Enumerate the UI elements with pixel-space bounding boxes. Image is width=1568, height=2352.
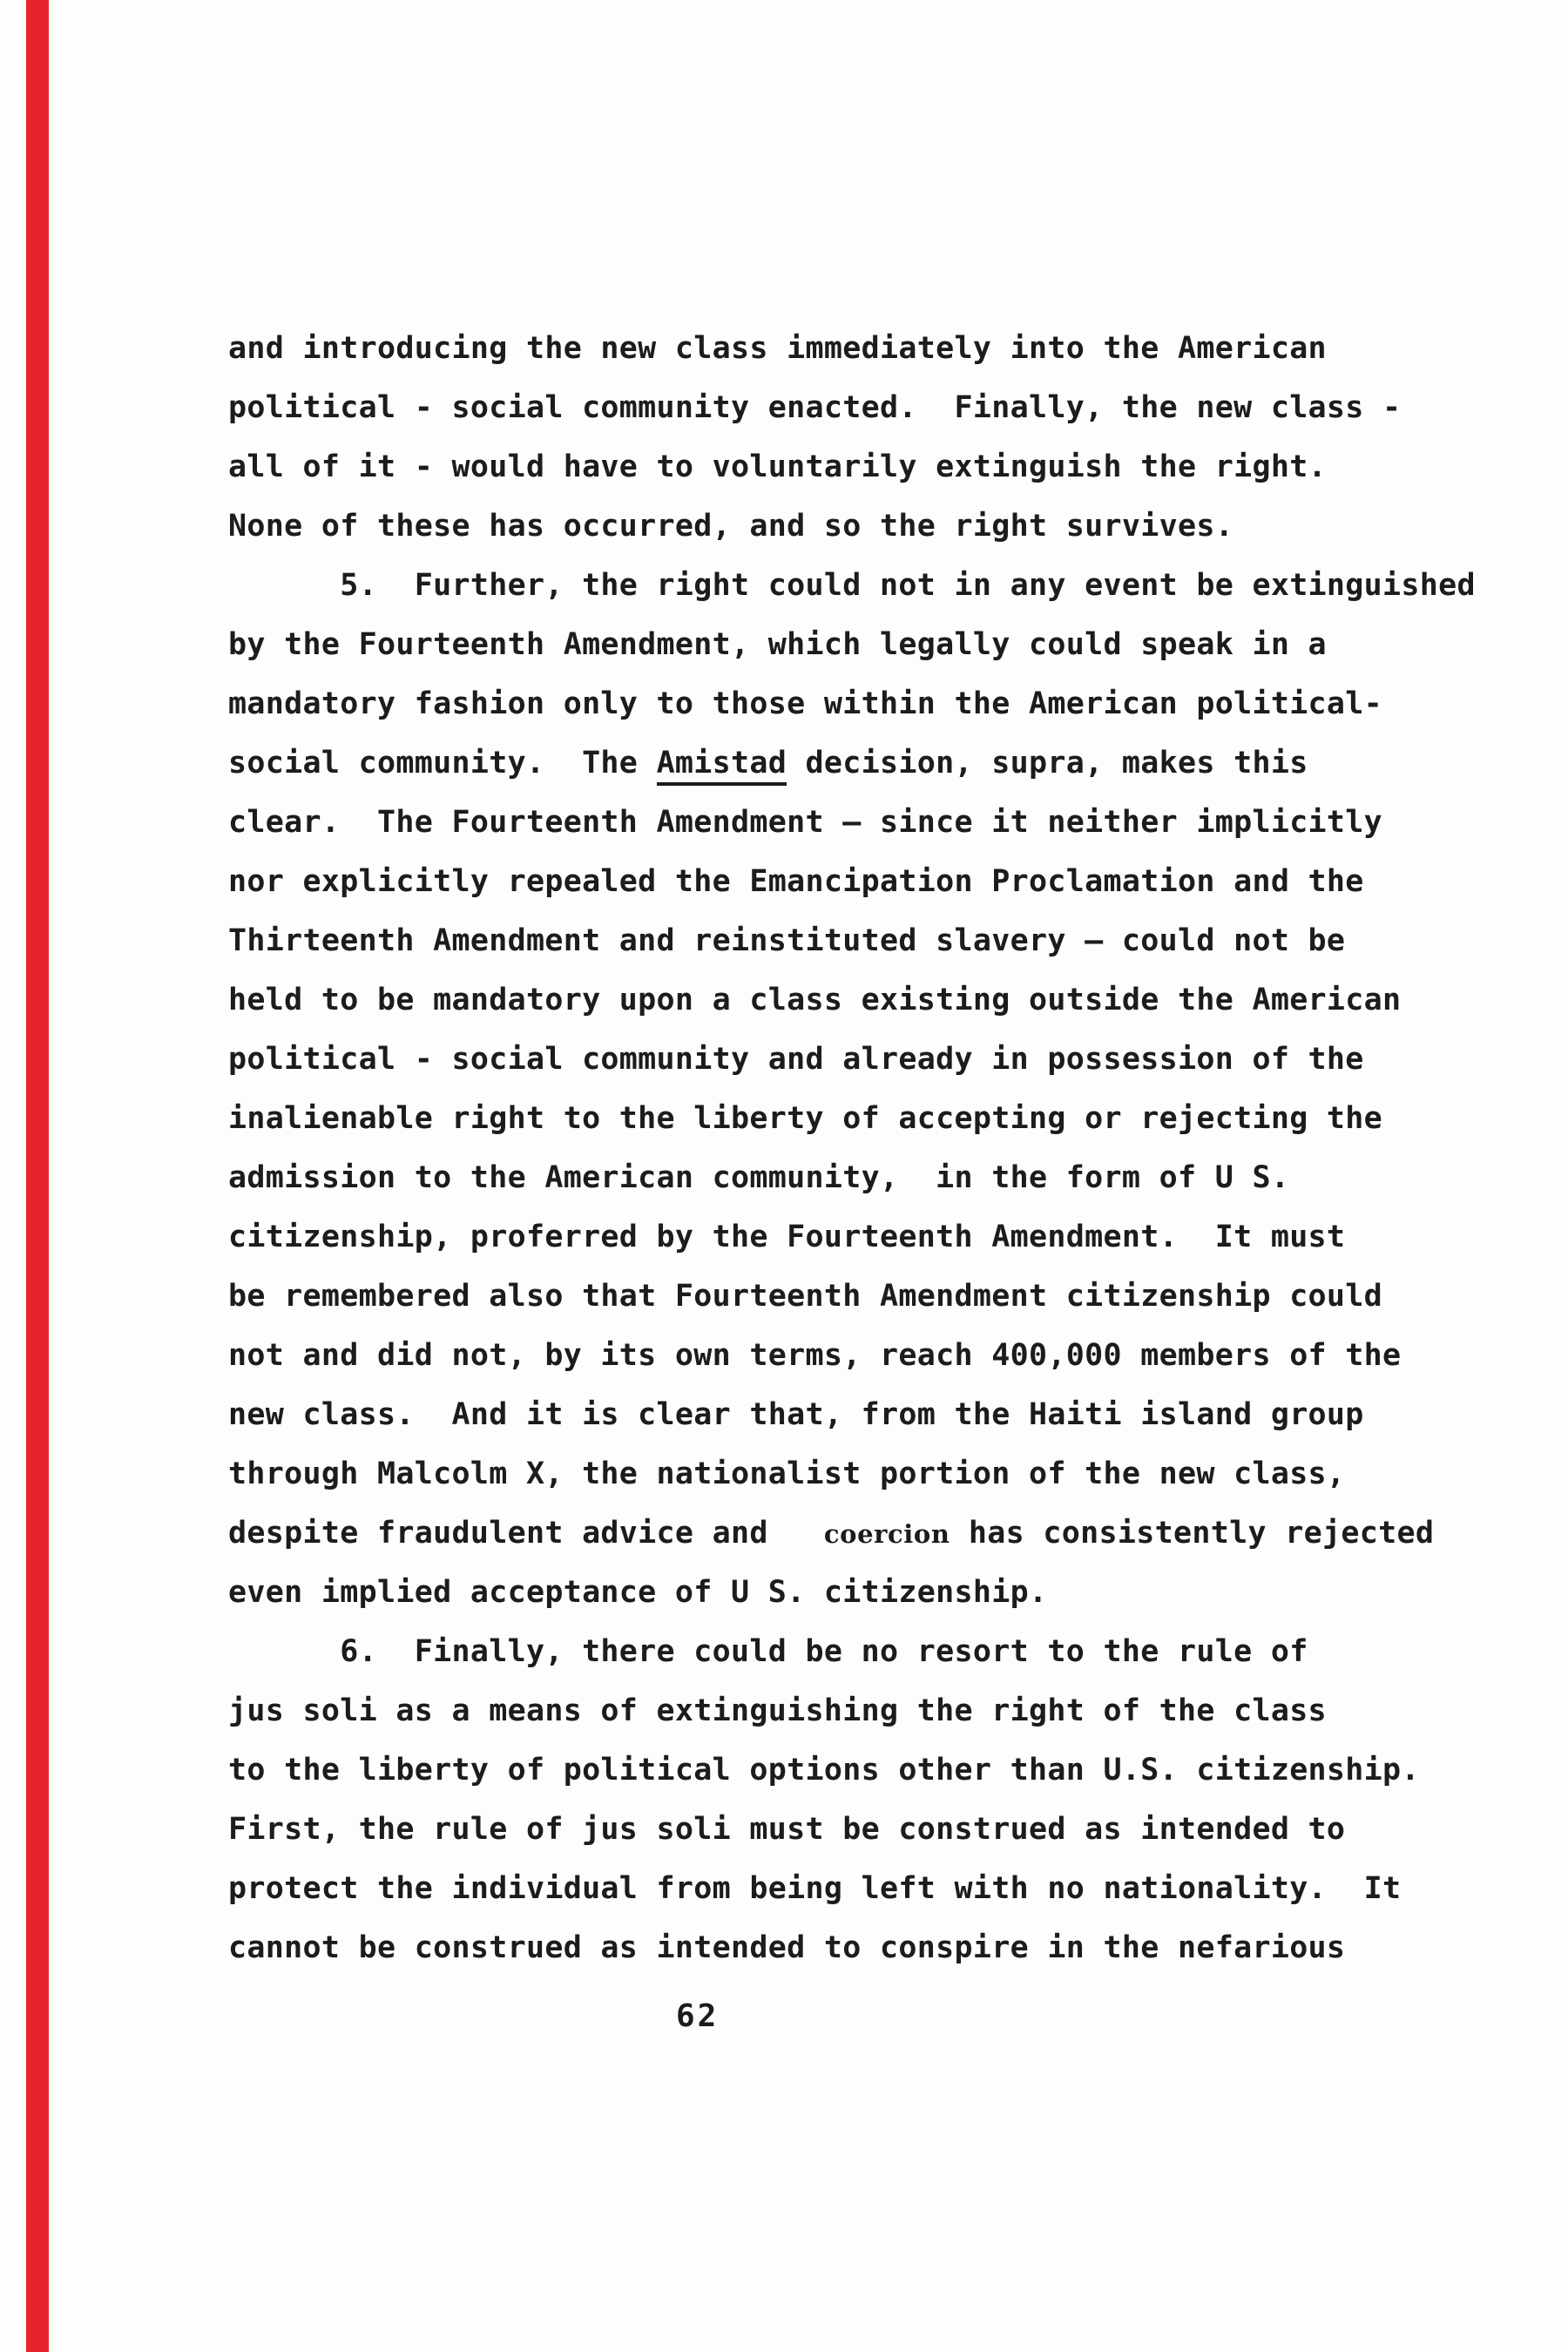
text-line: to the liberty of political options othe…	[228, 1740, 1500, 1800]
line-text: jus soli as a means of extinguishing the…	[228, 1693, 1327, 1728]
text-line: clear. The Fourteenth Amendment — since …	[228, 793, 1500, 852]
text-line: 6. Finally, there could be no resort to …	[228, 1622, 1500, 1681]
line-text: Thirteenth Amendment and reinstituted sl…	[228, 923, 1345, 958]
text-line: mandatory fashion only to those within t…	[228, 674, 1500, 733]
line-text: has consistently rejected	[950, 1516, 1435, 1551]
inserted-typeset-word: coercion	[824, 1519, 950, 1549]
line-text: to the liberty of political options othe…	[228, 1753, 1420, 1788]
line-text: None of these has occurred, and so the r…	[228, 509, 1233, 544]
line-text: inalienable right to the liberty of acce…	[228, 1101, 1382, 1136]
text-line: political - social community enacted. Fi…	[228, 378, 1500, 437]
line-text: all of it - would have to voluntarily ex…	[228, 449, 1327, 484]
document-text: and introducing the new class immediatel…	[228, 319, 1500, 1977]
text-line: by the Fourteenth Amendment, which legal…	[228, 615, 1500, 674]
line-text: protect the individual from being left w…	[228, 1871, 1401, 1906]
line-text: new class. And it is clear that, from th…	[228, 1397, 1364, 1432]
text-line: None of these has occurred, and so the r…	[228, 497, 1500, 556]
text-line: admission to the American community, in …	[228, 1148, 1500, 1207]
text-line: even implied acceptance of U S. citizens…	[228, 1563, 1500, 1622]
line-text: mandatory fashion only to those within t…	[228, 686, 1382, 721]
line-text: held to be mandatory upon a class existi…	[228, 983, 1401, 1017]
text-line: citizenship, proferred by the Fourteenth…	[228, 1207, 1500, 1267]
text-line: through Malcolm X, the nationalist porti…	[228, 1444, 1500, 1504]
line-text: not and did not, by its own terms, reach…	[228, 1338, 1401, 1373]
text-line: new class. And it is clear that, from th…	[228, 1385, 1500, 1444]
text-line: political - social community and already…	[228, 1030, 1500, 1089]
line-text: cannot be construed as intended to consp…	[228, 1930, 1345, 1965]
underlined-case-name: Amistad	[657, 746, 787, 786]
text-line: protect the individual from being left w…	[228, 1859, 1500, 1918]
line-text: clear. The Fourteenth Amendment — since …	[228, 805, 1382, 840]
text-line: not and did not, by its own terms, reach…	[228, 1326, 1500, 1385]
line-text: 5. Further, the right could not in any e…	[228, 568, 1476, 603]
text-line: jus soli as a means of extinguishing the…	[228, 1681, 1500, 1740]
text-line: despite fraudulent advice and coercion h…	[228, 1504, 1500, 1563]
line-text: political - social community enacted. Fi…	[228, 390, 1401, 425]
text-line: held to be mandatory upon a class existi…	[228, 970, 1500, 1030]
line-text: citizenship, proferred by the Fourteenth…	[228, 1220, 1345, 1254]
line-text: despite fraudulent advice and	[228, 1516, 824, 1551]
text-line: First, the rule of jus soli must be cons…	[228, 1800, 1500, 1859]
text-line: nor explicitly repealed the Emancipation…	[228, 852, 1500, 911]
line-text: decision, supra, makes this	[787, 746, 1308, 781]
line-text: nor explicitly repealed the Emancipation…	[228, 864, 1364, 899]
line-text: social community. The	[228, 746, 657, 781]
line-text: and introducing the new class immediatel…	[228, 331, 1327, 366]
text-line: cannot be construed as intended to consp…	[228, 1918, 1500, 1977]
text-line: all of it - would have to voluntarily ex…	[228, 437, 1500, 497]
line-text: even implied acceptance of U S. citizens…	[228, 1575, 1047, 1610]
text-line: 5. Further, the right could not in any e…	[228, 556, 1500, 615]
line-text: political - social community and already…	[228, 1042, 1364, 1077]
text-line: social community. The Amistad decision, …	[228, 733, 1500, 793]
line-text: through Malcolm X, the nationalist porti…	[228, 1456, 1345, 1491]
scan-binding-edge-stripe	[26, 0, 49, 2352]
text-line: Thirteenth Amendment and reinstituted sl…	[228, 911, 1500, 970]
line-text: be remembered also that Fourteenth Amend…	[228, 1279, 1382, 1314]
line-text: by the Fourteenth Amendment, which legal…	[228, 627, 1327, 662]
page-number: 62	[676, 1998, 719, 2034]
line-text: First, the rule of jus soli must be cons…	[228, 1812, 1345, 1847]
text-line: and introducing the new class immediatel…	[228, 319, 1500, 378]
text-line: inalienable right to the liberty of acce…	[228, 1089, 1500, 1148]
line-text: admission to the American community, in …	[228, 1160, 1289, 1195]
line-text: 6. Finally, there could be no resort to …	[228, 1634, 1308, 1669]
text-line: be remembered also that Fourteenth Amend…	[228, 1267, 1500, 1326]
